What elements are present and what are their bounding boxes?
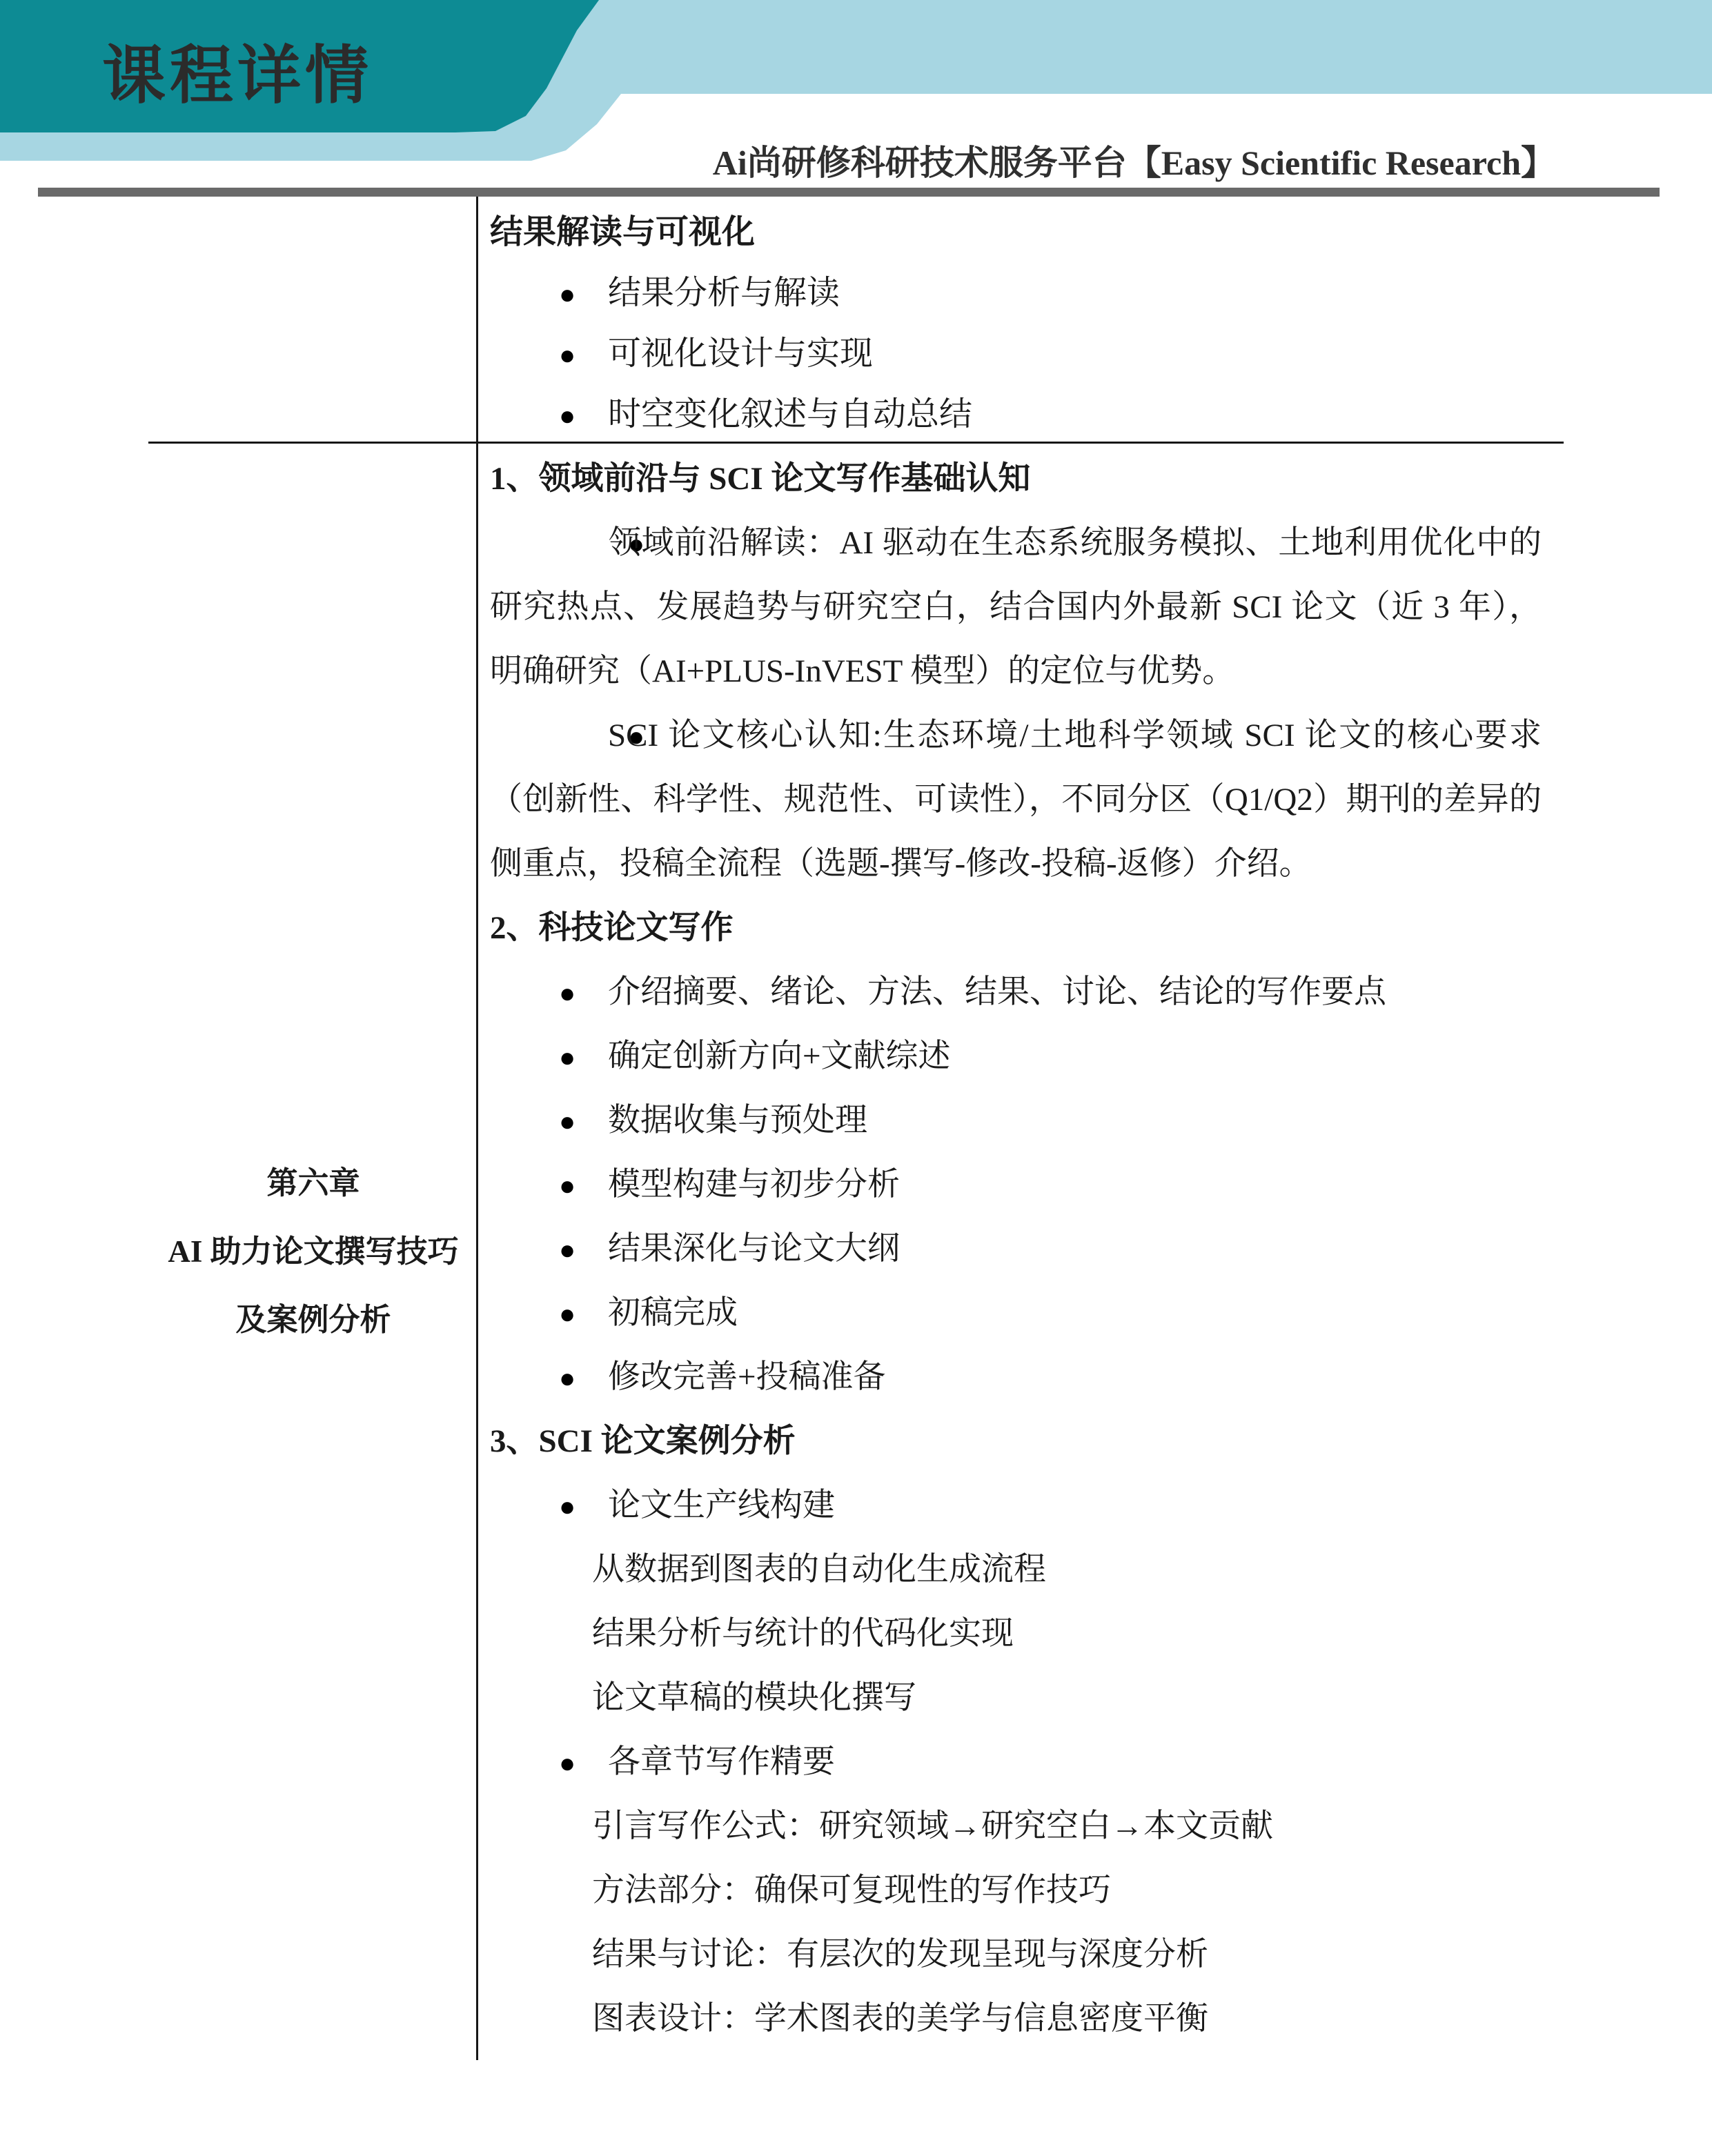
section-heading: 1、领域前沿与 SCI 论文写作基础认知 bbox=[490, 447, 1542, 511]
chapter-number: 第六章 bbox=[266, 1149, 360, 1218]
bullet-item-text: 时空变化叙述与自动总结 bbox=[608, 396, 972, 433]
bullet-item: ●修改完善+投稿准备 bbox=[490, 1345, 1542, 1410]
chapter-title-line2: 及案例分析 bbox=[235, 1286, 391, 1354]
bullet-item: ●各章节写作精要 bbox=[490, 1730, 1542, 1794]
chapter-cell: 第六章 AI 助力论文撰写技巧 及案例分析 bbox=[150, 443, 476, 2060]
table-column-divider bbox=[476, 197, 478, 2060]
bullet-icon: ● bbox=[559, 1750, 608, 1777]
bullet-item-text: 数据收集与预处理 bbox=[608, 1102, 867, 1138]
bullet-item: ●结果分析与解读 bbox=[490, 263, 1546, 324]
bullet-item: ●结果深化与论文大纲 bbox=[490, 1217, 1542, 1281]
bullet-icon: ● bbox=[559, 342, 608, 369]
bullet-item-text: 结果深化与论文大纲 bbox=[608, 1231, 900, 1267]
bullet-item-text: 可视化设计与实现 bbox=[608, 335, 873, 372]
bullet-icon: ● bbox=[559, 531, 608, 558]
sub-item: 结果分析与统计的代码化实现 bbox=[490, 1602, 1542, 1666]
bullet-item: ●可视化设计与实现 bbox=[490, 324, 1546, 384]
bullet-icon: ● bbox=[559, 1172, 608, 1200]
row2-content-cell: 1、领域前沿与 SCI 论文写作基础认知 ●领域前沿解读：AI 驱动在生态系统服… bbox=[490, 447, 1542, 2051]
bullet-icon: ● bbox=[559, 1365, 608, 1392]
bullet-icon: ● bbox=[559, 1108, 608, 1136]
bullet-icon: ● bbox=[559, 723, 608, 751]
bullet-item: ●确定创新方向+文献综述 bbox=[490, 1025, 1542, 1089]
section-heading: 2、科技论文写作 bbox=[490, 896, 1542, 960]
sub-item: 图表设计：学术图表的美学与信息密度平衡 bbox=[490, 1987, 1542, 2051]
bullet-item-text: 初稿完成 bbox=[608, 1295, 738, 1331]
bullet-paragraph-text: 领域前沿解读：AI 驱动在生态系统服务模拟、土地利用优化中的研究热点、发展趋势与… bbox=[490, 525, 1542, 689]
bullet-paragraph: ●领域前沿解读：AI 驱动在生态系统服务模拟、土地利用优化中的研究热点、发展趋势… bbox=[490, 511, 1542, 704]
bullet-item: ●模型构建与初步分析 bbox=[490, 1153, 1542, 1217]
chapter-title-line1: AI 助力论文撰写技巧 bbox=[168, 1218, 458, 1286]
bullet-item-text: 确定创新方向+文献综述 bbox=[608, 1038, 951, 1074]
bullet-icon: ● bbox=[559, 281, 608, 308]
header-divider-rule bbox=[38, 188, 1660, 197]
sub-item: 结果与讨论：有层次的发现呈现与深度分析 bbox=[490, 1923, 1542, 1987]
sub-item: 方法部分：确保可复现性的写作技巧 bbox=[490, 1859, 1542, 1923]
row1-content-cell: 结果解读与可视化 ●结果分析与解读 ●可视化设计与实现 ●时空变化叙述与自动总结 bbox=[490, 202, 1546, 445]
bullet-item: ●论文生产线构建 bbox=[490, 1474, 1542, 1538]
document-page: 课程详情 Ai尚研修科研技术服务平台【Easy Scientific Resea… bbox=[0, 0, 1712, 2156]
bullet-item-text: 结果分析与解读 bbox=[608, 275, 840, 311]
bullet-item: ●时空变化叙述与自动总结 bbox=[490, 384, 1546, 445]
bullet-icon: ● bbox=[559, 980, 608, 1007]
bullet-paragraph: ●SCI 论文核心认知:生态环境/土地科学领域 SCI 论文的核心要求（创新性、… bbox=[490, 704, 1542, 896]
bullet-paragraph-text: SCI 论文核心认知:生态环境/土地科学领域 SCI 论文的核心要求（创新性、科… bbox=[490, 718, 1542, 882]
bullet-item: ●数据收集与预处理 bbox=[490, 1089, 1542, 1153]
bullet-item-text: 论文生产线构建 bbox=[608, 1487, 835, 1523]
sub-item: 引言写作公式：研究领域→研究空白→本文贡献 bbox=[490, 1794, 1542, 1859]
bullet-item-text: 介绍摘要、绪论、方法、结果、讨论、结论的写作要点 bbox=[608, 974, 1386, 1010]
bullet-icon: ● bbox=[559, 1236, 608, 1264]
bullet-item-text: 模型构建与初步分析 bbox=[608, 1167, 900, 1203]
bullet-item: ●初稿完成 bbox=[490, 1281, 1542, 1345]
bullet-icon: ● bbox=[559, 1300, 608, 1328]
platform-title: Ai尚研修科研技术服务平台【Easy Scientific Research】 bbox=[713, 135, 1555, 185]
sub-item: 从数据到图表的自动化生成流程 bbox=[490, 1538, 1542, 1602]
banner-title: 课程详情 bbox=[102, 25, 373, 116]
section-heading: 结果解读与可视化 bbox=[490, 202, 1546, 263]
sub-item: 论文草稿的模块化撰写 bbox=[490, 1666, 1542, 1730]
bullet-icon: ● bbox=[559, 402, 608, 430]
bullet-item-text: 各章节写作精要 bbox=[608, 1744, 835, 1780]
bullet-icon: ● bbox=[559, 1044, 608, 1071]
bullet-icon: ● bbox=[559, 1493, 608, 1521]
section-heading: 3、SCI 论文案例分析 bbox=[490, 1410, 1542, 1474]
bullet-item: ●介绍摘要、绪论、方法、结果、讨论、结论的写作要点 bbox=[490, 960, 1542, 1025]
bullet-item-text: 修改完善+投稿准备 bbox=[608, 1359, 886, 1395]
